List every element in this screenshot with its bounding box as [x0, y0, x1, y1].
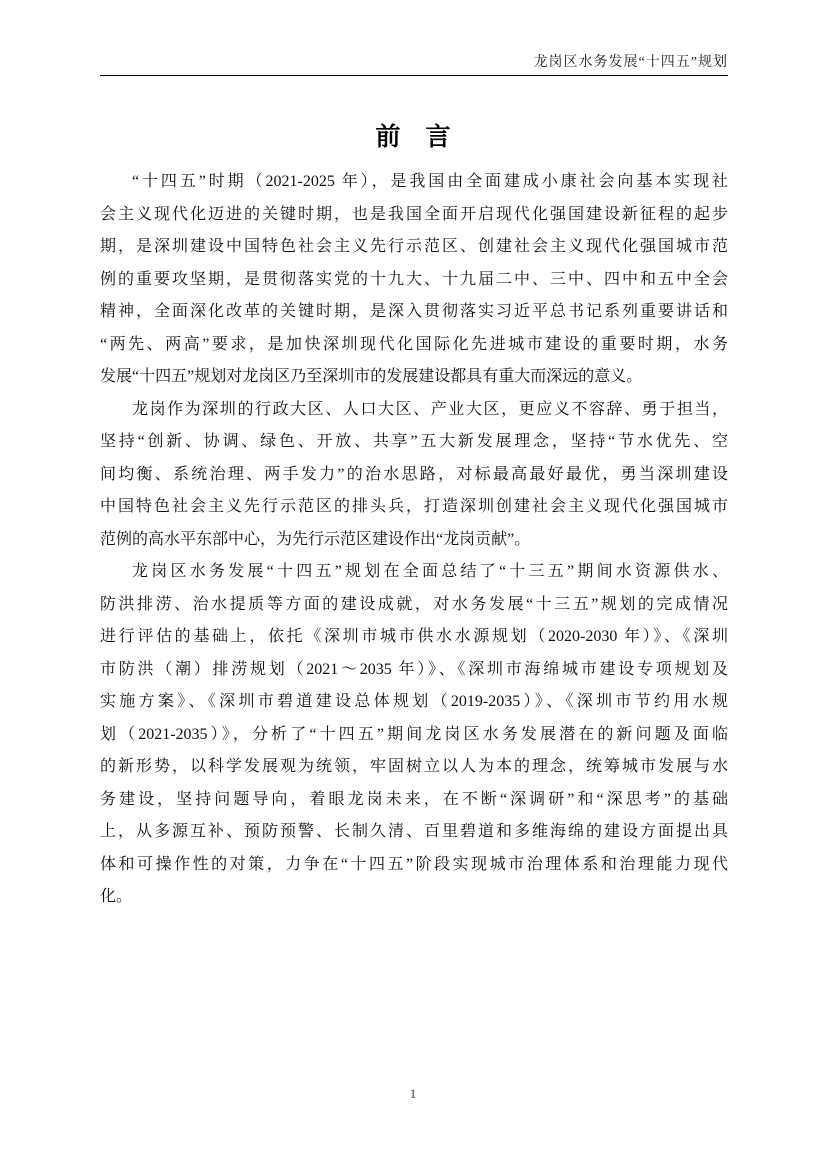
paragraph: “十四五”时期（2021-2025 年），是我国由全面建成小康社会向基本实现社会…: [100, 166, 728, 394]
body-line: 中国特色社会主义先行示范区的排头兵，打造深圳创建社会主义现代化强国城市: [100, 491, 728, 524]
page-number: 1: [0, 1086, 826, 1102]
body-line: 龙岗作为深圳的行政大区、人口大区、产业大区，更应义不容辞、勇于担当，: [100, 394, 728, 427]
running-header: 龙岗区水务发展“十四五”规划: [100, 53, 728, 76]
body-line: 范例的高水平东部中心，为先行示范区建设作出“龙岗贡献”。: [100, 524, 728, 557]
body-line: 体和可操作性的对策，力争在“十四五”阶段实现城市治理体系和治理能力现代: [100, 849, 728, 882]
paragraph: 龙岗作为深圳的行政大区、人口大区、产业大区，更应义不容辞、勇于担当，坚持“创新、…: [100, 394, 728, 557]
body-line: “两先、两高”要求，是加快深圳现代化国际化先进城市建设的重要时期，水务: [100, 329, 728, 362]
body-line: 期，是深圳建设中国特色社会主义先行示范区、创建社会主义现代化强国城市范: [100, 231, 728, 264]
body-line: “十四五”时期（2021-2025 年），是我国由全面建成小康社会向基本实现社: [100, 166, 728, 199]
body-line: 的新形势，以科学发展观为统领，牢固树立以人为本的理念，统筹城市发展与水: [100, 751, 728, 784]
document-page: 龙岗区水务发展“十四五”规划 前 言 “十四五”时期（2021-2025 年），…: [0, 0, 826, 1169]
body-line: 间均衡、系统治理、两手发力”的治水思路，对标最高最好最优，勇当深圳建设: [100, 459, 728, 492]
page-title: 前 言: [0, 119, 826, 155]
body-line: 进行评估的基础上，依托《深圳市城市供水水源规划（2020-2030 年）》、《深…: [100, 621, 728, 654]
body-line: 化。: [100, 881, 728, 914]
body-line: 上，从多源互补、预防预警、长制久清、百里碧道和多维海绵的建设方面提出具: [100, 816, 728, 849]
paragraph: 龙岗区水务发展“十四五”规划在全面总结了“十三五”期间水资源供水、防洪排涝、治水…: [100, 556, 728, 914]
body-line: 防洪排涝、治水提质等方面的建设成就，对水务发展“十三五”规划的完成情况: [100, 589, 728, 622]
body-line: 坚持“创新、协调、绿色、开放、共享”五大新发展理念，坚持“节水优先、空: [100, 426, 728, 459]
body-line: 会主义现代化迈进的关键时期，也是我国全面开启现代化强国建设新征程的起步: [100, 199, 728, 232]
body-line: 划（2021-2035）》，分析了“十四五”期间龙岗区水务发展潜在的新问题及面临: [100, 719, 728, 752]
body-line: 实施方案》、《深圳市碧道建设总体规划（2019-2035）》、《深圳市节约用水规: [100, 686, 728, 719]
body-line: 精神，全面深化改革的关键时期，是深入贯彻落实习近平总书记系列重要讲话和: [100, 296, 728, 329]
body-line: 龙岗区水务发展“十四五”规划在全面总结了“十三五”期间水资源供水、: [100, 556, 728, 589]
body-line: 发展“十四五”规划对龙岗区乃至深圳市的发展建设都具有重大而深远的意义。: [100, 361, 728, 394]
body-line: 例的重要攻坚期，是贯彻落实党的十九大、十九届二中、三中、四中和五中全会: [100, 264, 728, 297]
body-line: 市防洪（潮）排涝规划（2021～2035 年）》、《深圳市海绵城市建设专项规划及: [100, 654, 728, 687]
preface-body: “十四五”时期（2021-2025 年），是我国由全面建成小康社会向基本实现社会…: [100, 166, 728, 914]
body-line: 务建设，坚持问题导向，着眼龙岗未来，在不断“深调研”和“深思考”的基础: [100, 784, 728, 817]
